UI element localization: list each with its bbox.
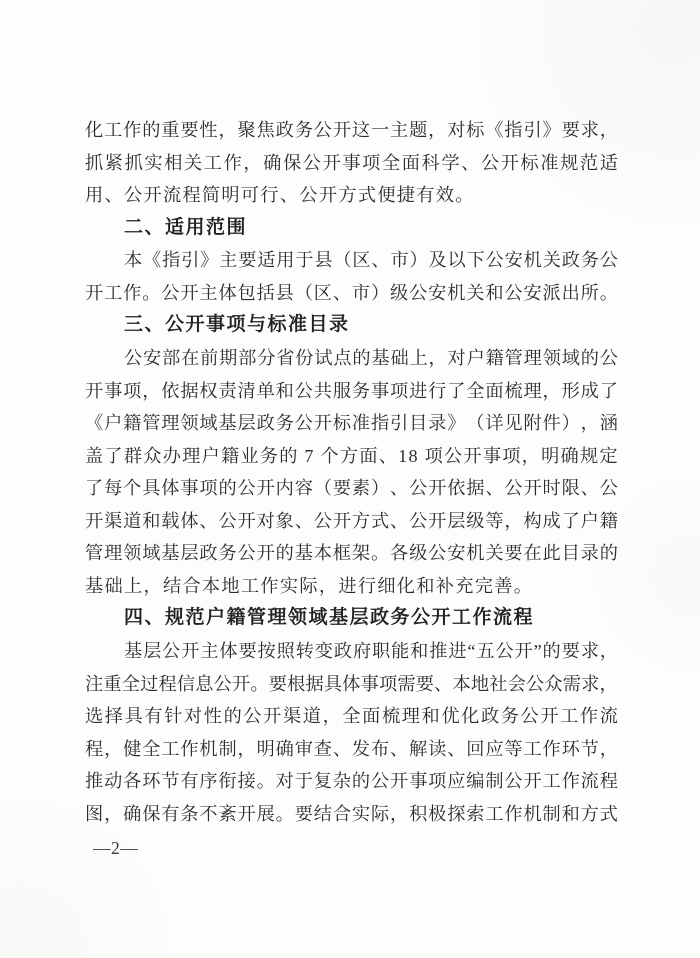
body-line: 本《指引》主要适用于县（区、市）及以下公安机关政务公 <box>85 244 618 277</box>
body-line: 图，确保有条不紊开展。要结合实际，积极探索工作机制和方式 <box>85 798 618 831</box>
document-body: 化工作的重要性，聚焦政务公开这一主题，对标《指引》要求， 抓紧抓实相关工作，确保… <box>85 114 618 830</box>
body-line: 化工作的重要性，聚焦政务公开这一主题，对标《指引》要求， <box>85 114 618 147</box>
body-line: 开工作。公开主体包括县（区、市）级公安机关和公安派出所。 <box>85 277 618 310</box>
body-line: 《户籍管理领域基层政务公开标准指引目录》（详见附件），涵 <box>85 407 618 440</box>
document-page: 化工作的重要性，聚焦政务公开这一主题，对标《指引》要求， 抓紧抓实相关工作，确保… <box>0 0 700 958</box>
section-heading: 二、适用范围 <box>85 212 618 245</box>
body-line: 公安部在前期部分省份试点的基础上，对户籍管理领域的公 <box>85 342 618 375</box>
body-line: 程，健全工作机制，明确审查、发布、解读、回应等工作环节， <box>85 733 618 766</box>
body-line: 开事项，依据权责清单和公共服务事项进行了全面梳理，形成了 <box>85 375 618 408</box>
body-line: 基础上，结合本地工作实际，进行细化和补充完善。 <box>85 570 618 603</box>
body-line: 开渠道和载体、公开对象、公开方式、公开层级等，构成了户籍 <box>85 505 618 538</box>
page-number: —2— <box>93 836 138 860</box>
body-line: 盖了群众办理户籍业务的 7 个方面、18 项公开事项，明确规定 <box>85 440 618 473</box>
body-line: 基层公开主体要按照转变政府职能和推进“五公开”的要求， <box>85 635 618 668</box>
body-line: 抓紧抓实相关工作，确保公开事项全面科学、公开标准规范适 <box>85 147 618 180</box>
body-line: 了每个具体事项的公开内容（要素）、公开依据、公开时限、公 <box>85 472 618 505</box>
body-line: 用、公开流程简明可行、公开方式便捷有效。 <box>85 179 618 212</box>
body-line: 注重全过程信息公开。要根据具体事项需要、本地社会公众需求， <box>85 668 618 701</box>
body-line: 选择具有针对性的公开渠道，全面梳理和优化政务公开工作流 <box>85 700 618 733</box>
section-heading: 三、公开事项与标准目录 <box>85 309 618 342</box>
body-line: 管理领域基层政务公开的基本框架。各级公安机关要在此目录的 <box>85 537 618 570</box>
section-heading: 四、规范户籍管理领域基层政务公开工作流程 <box>85 602 618 635</box>
body-line: 推动各环节有序衔接。对于复杂的公开事项应编制公开工作流程 <box>85 765 618 798</box>
